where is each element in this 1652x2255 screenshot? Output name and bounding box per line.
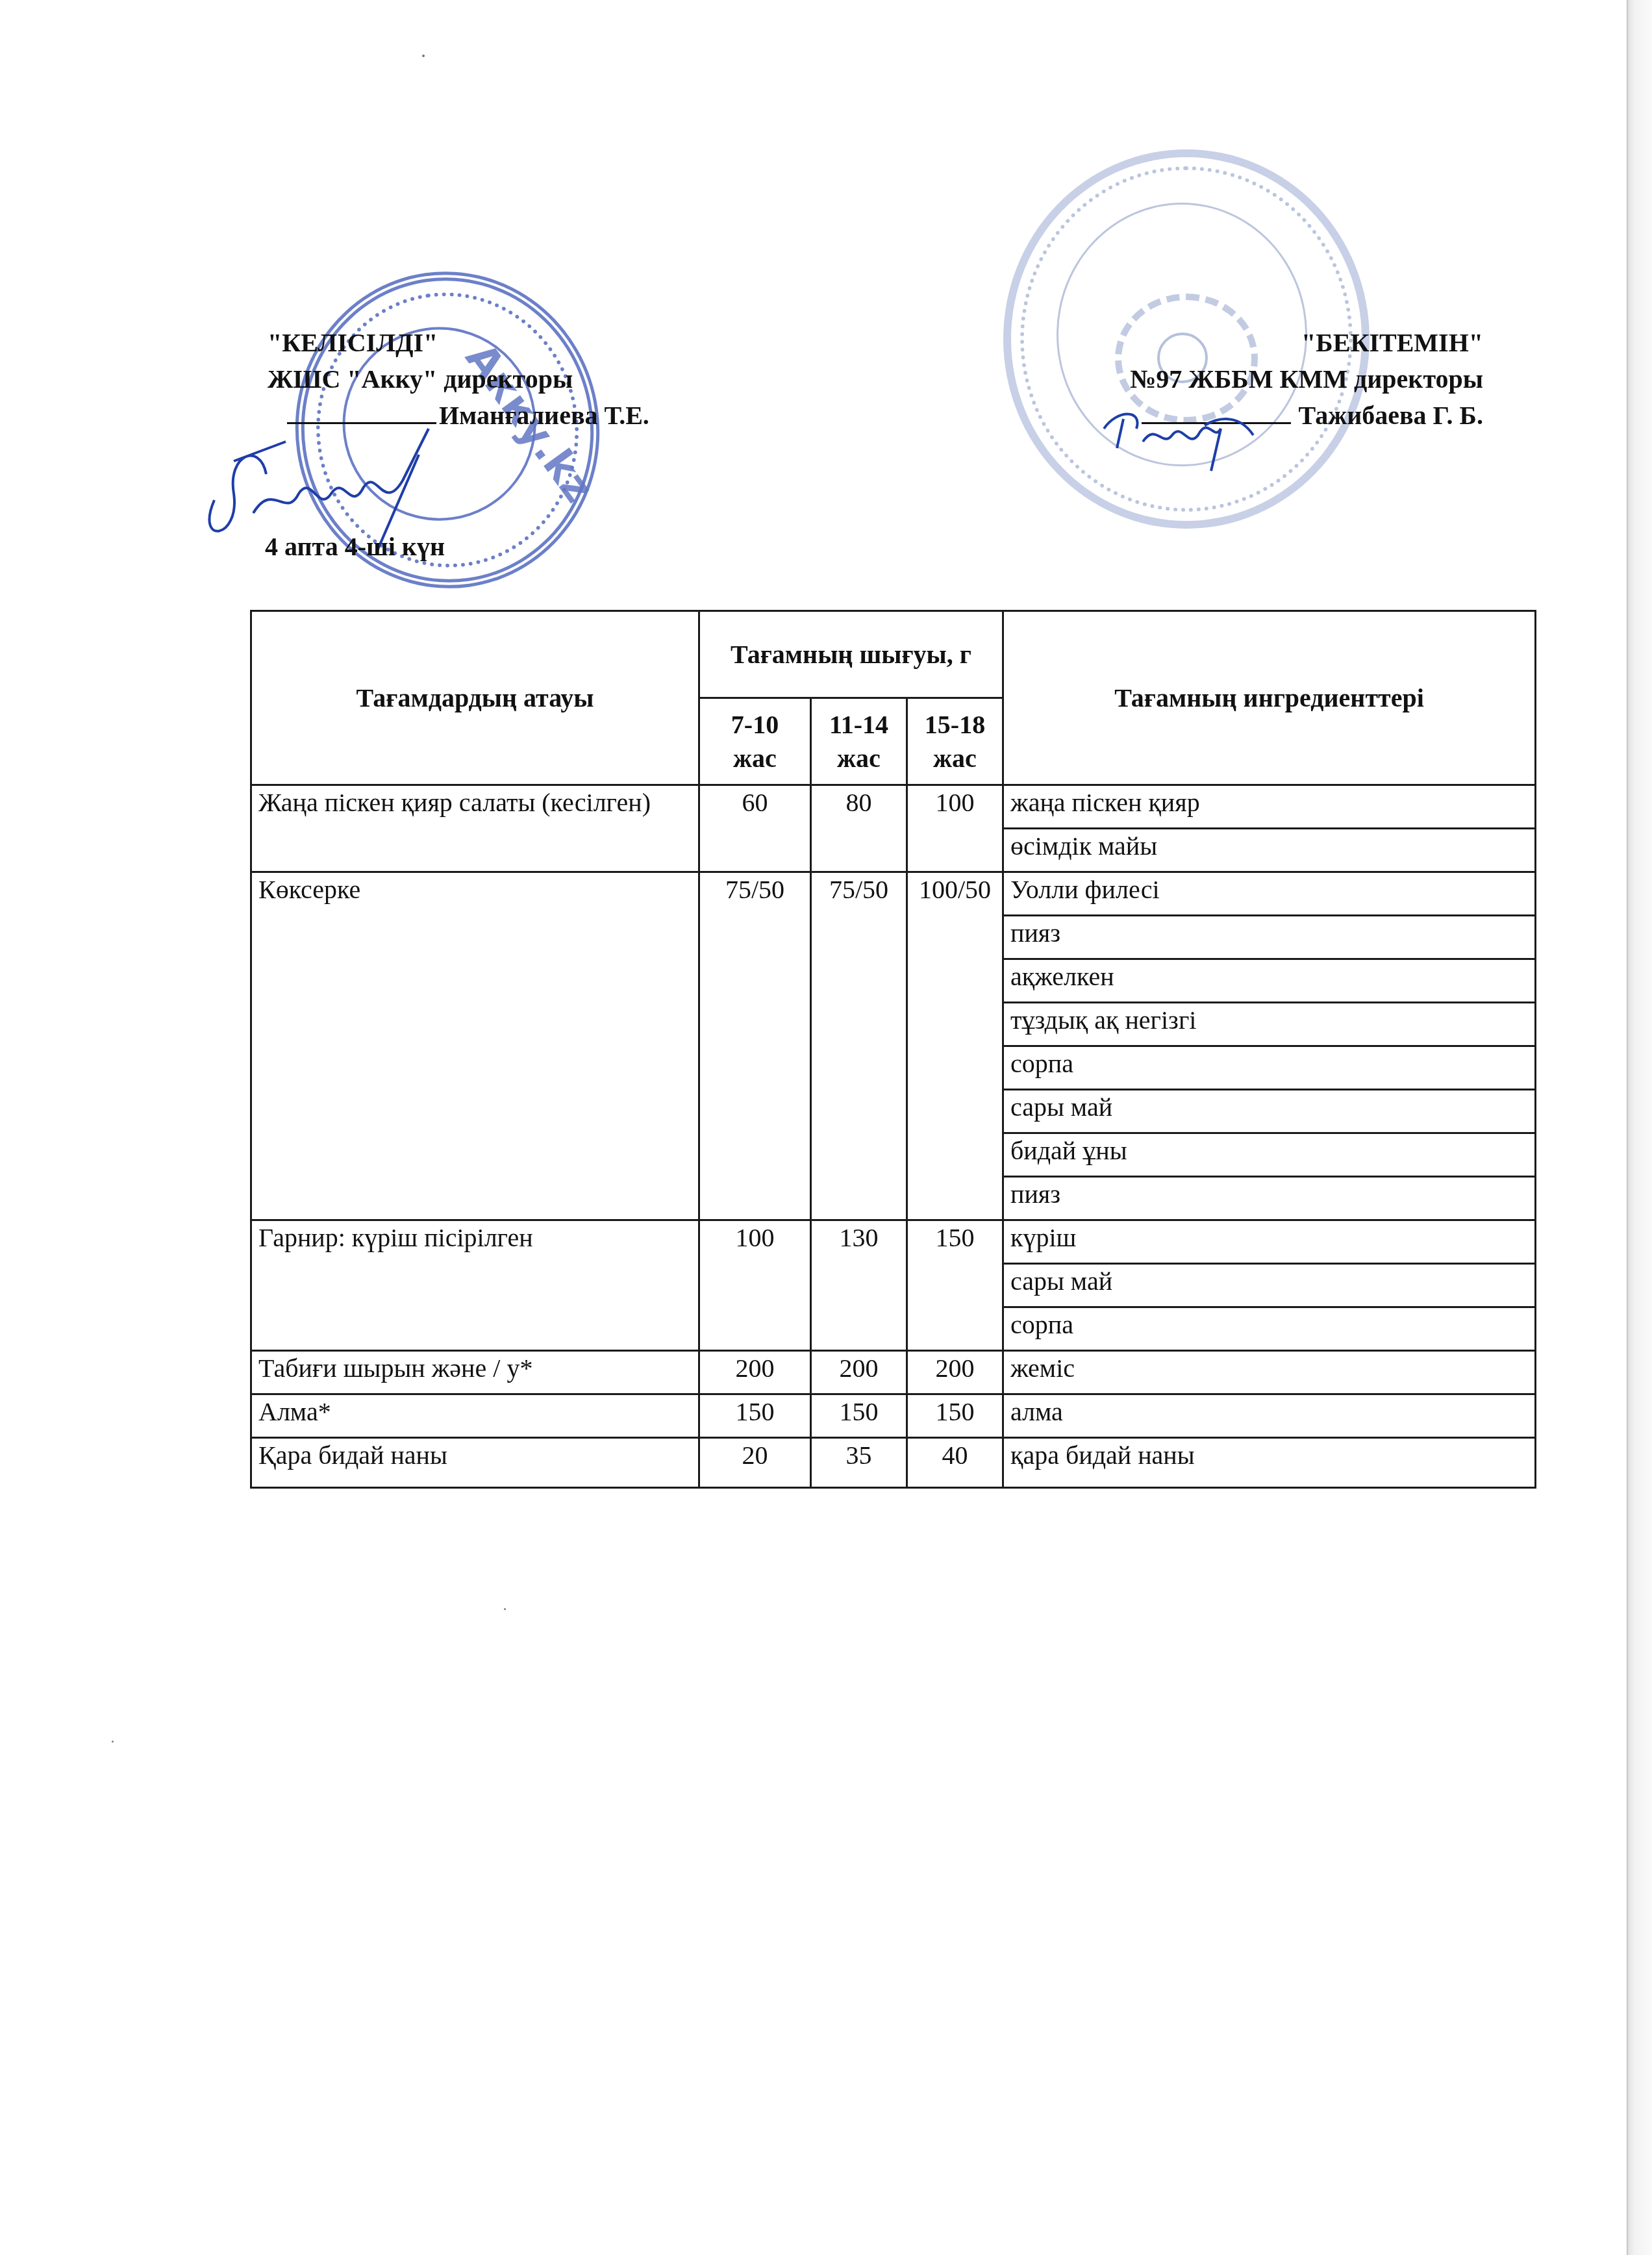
ingredient-cell: Уолли филесі [1003, 872, 1536, 916]
yield-cell: 150 [699, 1394, 811, 1438]
scan-page-edge [1627, 0, 1652, 2255]
header-age-11-14: 11-14 жас [811, 698, 907, 785]
ingredient-cell: тұздық ақ негізгі [1003, 1003, 1536, 1046]
approval-right-name: Тажибаева Г. Б. [1299, 401, 1483, 430]
ingredient-cell: сары май [1003, 1264, 1536, 1307]
ingredient-cell: жеміс [1003, 1351, 1536, 1394]
table-row: Көксерке75/5075/50100/50Уолли филесі [251, 872, 1536, 916]
menu-table-body: Жаңа піскен қияр салаты (кесілген)608010… [251, 785, 1536, 1488]
menu-table: Тағамдардың атауы Тағамның шығуы, г Таға… [250, 610, 1536, 1489]
week-day-label: 4 апта 4-ші күн [265, 531, 445, 562]
ingredient-cell: қара бидай наны [1003, 1438, 1536, 1488]
ingredient-cell: алма [1003, 1394, 1536, 1438]
ingredient-cell: пияз [1003, 1177, 1536, 1220]
header-age-7-10: 7-10 жас [699, 698, 811, 785]
table-row: Қара бидай наны203540қара бидай наны [251, 1438, 1536, 1488]
yield-cell: 60 [699, 785, 811, 872]
approval-left-org: ЖШС "Акку" директоры [268, 361, 649, 397]
ingredient-cell: жаңа піскен қияр [1003, 785, 1536, 829]
yield-cell: 40 [907, 1438, 1003, 1488]
scan-speck [504, 1608, 506, 1610]
yield-cell: 100/50 [907, 872, 1003, 1220]
dish-name-cell: Жаңа піскен қияр салаты (кесілген) [251, 785, 699, 872]
table-row: Алма*150150150алма [251, 1394, 1536, 1438]
ingredient-cell: ақжелкен [1003, 959, 1536, 1003]
yield-cell: 35 [811, 1438, 907, 1488]
dish-name-cell: Қара бидай наны [251, 1438, 699, 1488]
ingredient-cell: сорпа [1003, 1307, 1536, 1351]
yield-cell: 150 [907, 1394, 1003, 1438]
yield-cell: 150 [907, 1220, 1003, 1351]
yield-cell: 75/50 [811, 872, 907, 1220]
dish-name-cell: Алма* [251, 1394, 699, 1438]
ingredient-cell: бидай ұны [1003, 1133, 1536, 1177]
yield-cell: 200 [811, 1351, 907, 1394]
yield-cell: 80 [811, 785, 907, 872]
ingredient-cell: пияз [1003, 916, 1536, 959]
header-age-15-18: 15-18 жас [907, 698, 1003, 785]
dish-name-cell: Көксерке [251, 872, 699, 1220]
ingredient-cell: сары май [1003, 1090, 1536, 1133]
signature-right-icon [1091, 390, 1260, 474]
approval-right-title: "БЕКІТЕМІН" [1130, 325, 1483, 361]
yield-cell: 75/50 [699, 872, 811, 1220]
ingredient-cell: сорпа [1003, 1046, 1536, 1090]
approval-left-title: "КЕЛІСІЛДІ" [268, 325, 649, 361]
dish-name-cell: Табиғи шырын және / у* [251, 1351, 699, 1394]
ingredient-cell: күріш [1003, 1220, 1536, 1264]
yield-cell: 200 [699, 1351, 811, 1394]
scan-speck [422, 55, 425, 57]
yield-cell: 20 [699, 1438, 811, 1488]
scan-speck [112, 1741, 114, 1743]
table-row: Гарнир: күріш пісірілген100130150күріш [251, 1220, 1536, 1264]
header-yield: Тағамның шығуы, г [699, 611, 1003, 698]
header-dish-name: Тағамдардың атауы [251, 611, 699, 785]
yield-cell: 150 [811, 1394, 907, 1438]
table-row: Жаңа піскен қияр салаты (кесілген)608010… [251, 785, 1536, 829]
yield-cell: 100 [907, 785, 1003, 872]
header-ingredients: Тағамның ингредиенттері [1003, 611, 1536, 785]
yield-cell: 130 [811, 1220, 907, 1351]
yield-cell: 200 [907, 1351, 1003, 1394]
dish-name-cell: Гарнир: күріш пісірілген [251, 1220, 699, 1351]
table-row: Табиғи шырын және / у*200200200жеміс [251, 1351, 1536, 1394]
ingredient-cell: өсімдік майы [1003, 829, 1536, 872]
yield-cell: 100 [699, 1220, 811, 1351]
